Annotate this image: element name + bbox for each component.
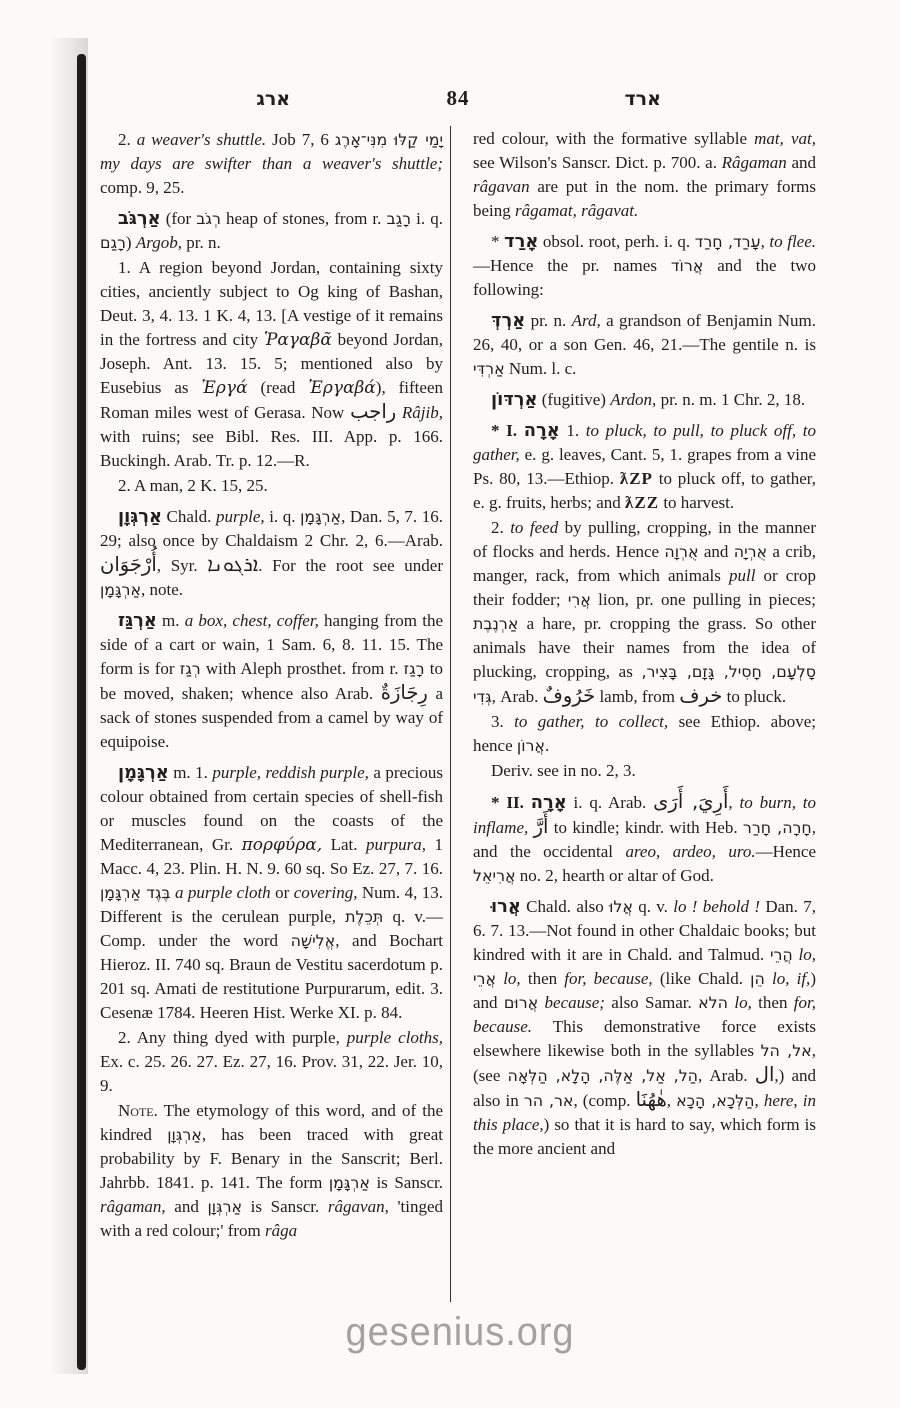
arabic-text: أَرِيَ, أَرَى: [653, 790, 728, 813]
text-run: a weaver's shuttle.: [137, 130, 266, 149]
text-run: râga: [265, 1221, 297, 1240]
text-run: Num. l. c.: [505, 359, 577, 378]
text-run: 2. A man, 2 K. 15, 25.: [118, 476, 268, 495]
text-run: lo,: [503, 969, 520, 988]
text-run: lo,: [734, 993, 751, 1012]
paragraph: אַרְגְּוָן Chald. purple, i. q. אַרְגָּמ…: [100, 505, 443, 602]
text-run: 3.: [491, 712, 514, 731]
text-run: mat, vat,: [754, 129, 816, 148]
text-run: no. 2, hearth or altar of God.: [516, 866, 714, 885]
text-run: to feed: [510, 518, 558, 537]
hebrew-headword: אַרְדְּ: [491, 310, 525, 331]
paragraph: אַרְגֹּב (for רְגֹב heap of stones, from…: [100, 207, 443, 255]
text-run: i. q.: [265, 507, 300, 526]
text-run: purple, reddish purple,: [212, 763, 369, 782]
hebrew-headword: אַרְגֹּב: [118, 208, 161, 229]
running-header: ארג 84 ארד: [100, 86, 816, 111]
text-run: with Aleph prosthet. from r.: [201, 659, 404, 678]
text-run: , Arab.: [698, 1066, 755, 1085]
text-run: q. v.: [633, 897, 673, 916]
hebrew-text: אֲרוֹד: [671, 256, 703, 275]
arabic-text: رِجَازَةٌ: [381, 681, 428, 704]
text-run: red colour, with the formative syllable: [473, 129, 754, 148]
text-run: to pluck.: [722, 687, 786, 706]
text-run: 2.: [491, 518, 510, 537]
arabic-text: ال: [755, 1063, 775, 1086]
text-run: Ard,: [572, 311, 601, 330]
text-run: Râjib,: [402, 403, 443, 422]
hebrew-text: אַרְנֶבֶת: [473, 614, 518, 633]
text-run: because;: [545, 993, 605, 1012]
text-run: .: [545, 736, 549, 755]
hebrew-headword: אַרְדּוֹן: [491, 389, 537, 410]
paragraph: 2. to feed by pulling, cropping, in the …: [473, 516, 816, 709]
paragraph: אַרְדְּ pr. n. Ard, a grandson of Benjam…: [473, 309, 816, 381]
paragraph: אֲרוּ Chald. also אֲלוּ q. v. lo ! behol…: [473, 895, 816, 1161]
text-run: then: [521, 969, 565, 988]
text-run: 2.: [118, 130, 137, 149]
text-run: i. q.: [411, 209, 443, 228]
text-run: pr. n.: [525, 311, 571, 330]
text-run: 2. Any thing dyed with purple,: [118, 1028, 347, 1047]
hebrew-text: הַלְּכָא, הָכָא: [676, 1091, 754, 1110]
page-number: 84: [447, 86, 470, 111]
text-run: purple cloths,: [347, 1028, 443, 1047]
text-run: m.: [157, 611, 185, 630]
text-run: i. q. Arab.: [567, 793, 653, 812]
hebrew-text: הֲרֵי: [770, 945, 793, 964]
hebrew-text: עָרַד, חָרַד: [695, 232, 761, 251]
column-divider-rule: [450, 126, 451, 1302]
hebrew-text: אַרְגָּמָן: [300, 507, 341, 526]
text-run: pr. n. m. 1 Chr. 2, 18.: [656, 390, 805, 409]
text-run: Ardon,: [610, 390, 656, 409]
text-run: is Sanscr.: [242, 1197, 328, 1216]
syriac-text: ܐܪܓܘܢܐ: [207, 553, 258, 576]
text-run: * II.: [491, 793, 531, 812]
hebrew-text: אֲרִי: [568, 590, 591, 609]
paragraph: אַרְגָּמָן m. 1. purple, reddish purple,…: [100, 761, 443, 1025]
text-run: lo, if,: [772, 969, 810, 988]
hebrew-text: אֻרְיָה: [734, 542, 767, 561]
paragraph: * II. אָרָה i. q. Arab. أَرِيَ, أَرَى, t…: [473, 790, 816, 888]
header-catchword-right: ארד: [625, 88, 661, 110]
text-run: ,: [667, 1091, 676, 1110]
hebrew-text: אֲרוֹן: [517, 736, 545, 755]
greek-text: Ῥαγαβᾶ: [264, 330, 332, 350]
hebrew-text: הלא: [698, 993, 728, 1012]
hebrew-text: אַרְגָּמָן: [329, 1173, 370, 1192]
hebrew-text: אַרְגָּמָן: [100, 580, 141, 599]
text-run: Deriv. see in no. 2, 3.: [491, 761, 636, 780]
hebrew-text: תְּכֵלֶת: [345, 907, 383, 926]
hebrew-text: רְגַז: [180, 659, 201, 678]
hebrew-text: אַרְדִּי: [473, 359, 505, 378]
hebrew-text: הַל, אַל, אַלֶּה, הָלָא, הַלְּאָה: [508, 1066, 698, 1085]
paragraph: 3. to gather, to collect, see Ethiop. ab…: [473, 710, 816, 758]
watermark: gesenius.org: [23, 1310, 897, 1355]
hebrew-text: יָמַי קַלּוּ מִנִּי־אָרֶג: [335, 130, 443, 149]
text-run: for, because,: [564, 969, 652, 988]
text-run: *: [491, 232, 504, 251]
arabic-text: راجب: [350, 400, 396, 423]
paragraph: אַרְגַּז m. a box, chest, coffer, hangin…: [100, 609, 443, 754]
text-run: ,: [754, 1091, 763, 1110]
paragraph: * I. אָרָה 1. to pluck, to pull, to pluc…: [473, 419, 816, 515]
text-run: pull: [729, 566, 755, 585]
text-run: Ex. c. 25. 26. 27. Ez. 27, 16. Prov. 31,…: [100, 1052, 443, 1095]
hebrew-text: אֲלוּ: [609, 897, 633, 916]
text-run: m. 1.: [169, 763, 213, 782]
text-run: —Hence the pr. names: [473, 256, 671, 275]
arabic-text: هٰهُنَا: [636, 1088, 667, 1111]
text-run: lo,: [799, 945, 816, 964]
text-run: obsol. root, perh. i. q.: [538, 232, 694, 251]
text-run: (fugitive): [537, 390, 610, 409]
text-run: lamb, from: [595, 687, 679, 706]
text-run: Râgaman: [722, 153, 787, 172]
hebrew-text: רָגַב: [387, 209, 412, 228]
text-run: comp. 9, 25.: [100, 178, 185, 197]
paragraph: 1. A region beyond Jordan, containing si…: [100, 256, 443, 473]
text-run: [765, 969, 772, 988]
text-run: covering,: [294, 883, 358, 902]
text-run: (for: [161, 209, 197, 228]
arabic-text: أُرْجَوَان: [100, 553, 157, 576]
arabic-text: خَرُوفٌ: [543, 684, 596, 707]
paragraph: 2. A man, 2 K. 15, 25.: [100, 474, 443, 498]
text-run: lo ! behold !: [673, 897, 760, 916]
text-run: purpura,: [366, 835, 426, 854]
text-run: Job 7, 6: [266, 130, 335, 149]
text-run: or: [271, 883, 294, 902]
text-run: and: [166, 1197, 208, 1216]
text-run: 1.: [560, 421, 586, 440]
text-run: pr. n.: [182, 233, 221, 252]
hebrew-headword: אָרַד: [504, 231, 538, 252]
text-run: râgavan: [473, 177, 530, 196]
text-run: * I.: [491, 421, 524, 440]
text-run: (like Chald.: [653, 969, 751, 988]
paragraph: אַרְדּוֹן (fugitive) Ardon, pr. n. m. 1 …: [473, 388, 816, 412]
two-column-text: 2. a weaver's shuttle. Job 7, 6 יָמַי קַ…: [100, 127, 816, 1307]
hebrew-text: אֲרוּם: [504, 993, 538, 1012]
text-run: heap of stones, from r.: [221, 209, 387, 228]
greek-text: Ἐργά: [201, 378, 247, 398]
text-run: then: [752, 993, 794, 1012]
text-run: , Syr.: [157, 556, 208, 575]
text-run: to harvest.: [659, 493, 734, 512]
paragraph: red colour, with the formative syllable …: [473, 127, 816, 223]
text-run: Argob,: [136, 233, 182, 252]
paragraph: 2. a weaver's shuttle. Job 7, 6 יָמַי קַ…: [100, 128, 443, 200]
text-run: Chald. also: [521, 897, 609, 916]
text-run: , note.: [141, 580, 183, 599]
text-run: râgavan,: [328, 1197, 389, 1216]
arabic-text: أَرَّ: [534, 815, 549, 838]
text-run: —Hence: [756, 842, 816, 861]
hebrew-headword: אַרְגָּמָן: [118, 762, 169, 783]
text-run: is Sanscr.: [370, 1173, 443, 1192]
text-run: see Wilson's Sanscr. Dict. p. 700. a.: [473, 153, 722, 172]
text-run: , Arab.: [492, 687, 543, 706]
hebrew-headword: אָרָה: [524, 420, 560, 441]
hebrew-text: אֲרִיאֵל: [473, 866, 516, 885]
hebrew-text: אל, הל: [761, 1041, 812, 1060]
hebrew-text: רְגֹב: [196, 209, 221, 228]
text-run: and: [699, 542, 734, 561]
text-run: Chald.: [162, 507, 216, 526]
header-catchword-left: ארג: [256, 88, 290, 110]
text-run: my days are swifter than a weaver's shut…: [100, 154, 443, 173]
hebrew-headword: אָרָה: [531, 792, 567, 813]
text-run: a box, chest, coffer,: [185, 611, 319, 630]
hebrew-text: רָגַם: [100, 233, 126, 252]
text-run: to gather, to collect,: [514, 712, 668, 731]
left-column: 2. a weaver's shuttle. Job 7, 6 יָמַי קַ…: [100, 127, 453, 1307]
hebrew-text: אַרְגְּוָן: [207, 1197, 242, 1216]
hebrew-text: אֱלִישָׁה: [291, 931, 336, 950]
text-run: râgamat, râgavat.: [515, 201, 638, 220]
hebrew-headword: אַרְגַּז: [118, 610, 157, 631]
paragraph: * אָרַד obsol. root, perh. i. q. עָרַד, …: [473, 230, 816, 302]
text-run: ,: [728, 793, 739, 812]
greek-text: πορφύρα,: [242, 835, 323, 855]
paragraph: Deriv. see in no. 2, 3.: [473, 759, 816, 783]
text-run: ): [126, 233, 136, 252]
text-run: also Samar.: [605, 993, 698, 1012]
hebrew-text: אַרְגְּוָן: [167, 1125, 202, 1144]
hebrew-text: הֵן: [750, 969, 765, 988]
text-run: with ruins; see Bibl. Res. III. App. p. …: [100, 427, 443, 470]
ethiopic-text: ƛZZ: [625, 493, 659, 512]
hebrew-text: חָרָה, חָרַר: [743, 818, 812, 837]
text-run: a purple cloth: [175, 883, 271, 902]
hebrew-text: אֻרְוָה: [664, 542, 698, 561]
text-run: to flee.: [769, 232, 816, 251]
hebrew-headword: אֲרוּ: [491, 896, 521, 917]
greek-text: Ἐργαβά: [308, 378, 375, 398]
hebrew-text: בֶּגֶד אַרְגָּמָן: [100, 883, 171, 902]
text-run: lion, pr. one pulling in pieces;: [591, 590, 816, 609]
text-run: Note.: [118, 1101, 158, 1120]
arabic-text: خرف: [679, 684, 722, 707]
paragraph: Note. The etymology of this word, and of…: [100, 1099, 443, 1243]
text-run: râgaman,: [100, 1197, 166, 1216]
page-content: ארג 84 ארד 2. a weaver's shuttle. Job 7,…: [100, 86, 816, 1307]
text-run: (read: [248, 378, 309, 397]
text-run: purple,: [216, 507, 265, 526]
hebrew-text: אֲרֵי: [473, 969, 496, 988]
text-run: , (comp.: [573, 1091, 635, 1110]
text-run: areo, ardeo, uro.: [625, 842, 755, 861]
hebrew-text: אר, הר: [524, 1091, 574, 1110]
text-run: and: [787, 153, 816, 172]
paragraph: 2. Any thing dyed with purple, purple cl…: [100, 1026, 443, 1098]
binding-shadow-line: [77, 54, 86, 1370]
ethiopic-text: ƛZP: [620, 469, 653, 488]
hebrew-text: רָגַז: [404, 659, 425, 678]
right-column: red colour, with the formative syllable …: [453, 127, 816, 1307]
text-run: . For the root see under: [258, 556, 443, 575]
text-run: Lat.: [322, 835, 366, 854]
text-run: to kindle; kindr. with Heb.: [548, 818, 742, 837]
hebrew-headword: אַרְגְּוָן: [118, 506, 162, 527]
dictionary-page: ארג 84 ארד 2. a weaver's shuttle. Job 7,…: [0, 0, 900, 1408]
